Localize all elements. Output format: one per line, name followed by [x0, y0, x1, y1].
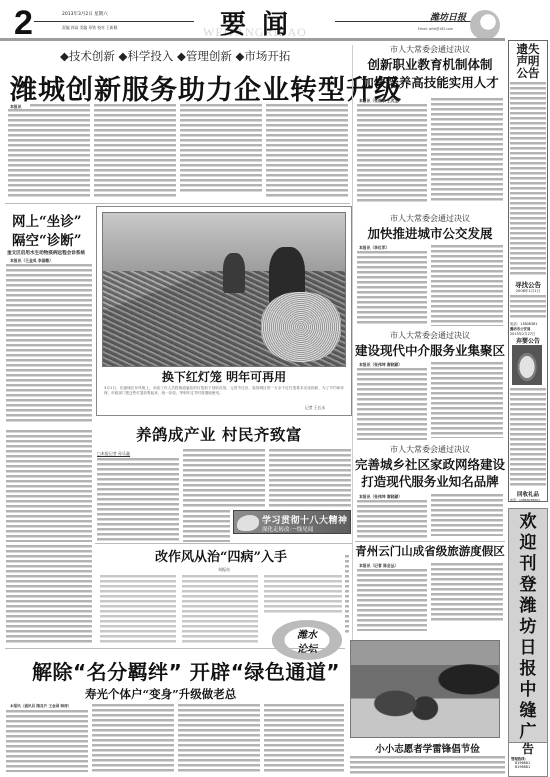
paper-logo-icon	[470, 10, 500, 40]
editors-line: 责编 郭高 美编 邓铁 校对 王新颖	[62, 25, 117, 31]
ad-char-2: 迎	[509, 533, 547, 554]
notice-date: 2008年1月1日	[510, 289, 546, 294]
bottom-text-col4	[264, 704, 344, 772]
ad-char-12: 告	[509, 743, 547, 756]
notice-title: 寻找公告	[510, 280, 546, 289]
notice-text	[510, 295, 546, 320]
issue-date: 2013年3月2日 星期六	[62, 11, 108, 17]
pigeon-text-col1	[97, 458, 179, 543]
rc6-headline: 小小志愿者学雷锋倡节俭	[350, 741, 505, 755]
pigeon-text-col3	[269, 449, 351, 507]
ad-char-4: 登	[509, 575, 547, 596]
lead-headline: 潍城创新服务助力企业转型升级	[10, 68, 402, 107]
ad-char-1: 欢	[509, 512, 547, 533]
lanterns-photo	[102, 212, 346, 367]
style-text-col1	[100, 575, 176, 645]
bottom-text-col2	[92, 704, 174, 772]
sidebar-text-cont	[6, 430, 92, 542]
rc2-kicker: 市人大常委会通过决议	[355, 213, 505, 224]
style-top-rule	[95, 543, 353, 544]
ad-char-11: 广	[509, 722, 547, 743]
lead-text-col3	[180, 104, 262, 194]
rc2-headline: 加快推进城市公交发展	[355, 225, 505, 242]
bottom-top-rule	[5, 648, 345, 649]
masthead-band	[0, 38, 505, 41]
paper-email: Email: wfrb@163.com	[418, 27, 453, 31]
rc5-text-col2	[431, 563, 503, 621]
style-text-col3	[264, 575, 342, 613]
paper-name: 潍坊日报	[430, 10, 466, 23]
ad-char-10: 缝	[509, 701, 547, 722]
bottom-subhead: 寿光个体户“变身”升级做老总	[85, 686, 236, 702]
margin-text	[345, 555, 349, 635]
weishui-forum-badge: 潍水 论坛	[272, 620, 342, 660]
adoption-title: 弃婴公告	[510, 336, 546, 345]
pigeon-headline: 养鸽成产业 村民齐致富	[136, 423, 302, 445]
reward-label: 回收礼品	[510, 490, 546, 498]
bottom-headline: 解除“名分羁绊” 开辟“绿色通道”	[32, 656, 340, 685]
rc4-headline-1: 完善城乡社区家政网络建设	[355, 456, 505, 473]
dove-icon	[237, 515, 259, 531]
bottom-text-col1	[6, 710, 88, 772]
ad-char-6: 坊	[509, 617, 547, 638]
hotline-phone-2: 8196681	[509, 765, 547, 769]
rc1-headline-2: 加快培养高技能实用人才	[355, 74, 505, 91]
section-title: 要闻	[220, 4, 304, 41]
lead-text-col4	[266, 104, 348, 199]
banner-subtitle: 深化走转改·一线见闻	[262, 525, 313, 533]
sidebar-headline-1: 网上“坐诊”	[12, 210, 82, 230]
ad-char-9: 中	[509, 680, 547, 701]
rc5-top-rule	[355, 541, 505, 542]
left-col-text-lower	[6, 545, 92, 645]
rc1-headline-1: 创新职业教育机制体制	[355, 56, 505, 73]
classified-title-3: 公告	[509, 67, 547, 79]
rc3-text-col1	[357, 368, 427, 440]
rc3-kicker: 市人大常委会通过决议	[355, 330, 505, 341]
sidebar-headline-2: 隔空“诊断”	[12, 229, 82, 249]
rc5-text-col1	[357, 569, 427, 631]
adoption-text	[510, 388, 546, 488]
ad-char-7: 日	[509, 638, 547, 659]
rc3-text-col2	[431, 362, 503, 438]
rc1-text-col1	[357, 104, 427, 202]
reward-phone: 电话：13863036501	[510, 498, 546, 502]
style-byline: 刘振东	[218, 567, 230, 573]
rc2-text-col2	[431, 245, 503, 326]
child-photo	[512, 345, 542, 385]
rc5-headline: 青州云门山成省级旅游度假区	[352, 543, 508, 560]
lead-text-col2	[94, 104, 176, 197]
photo-headline: 换下红灯笼 明年可再用	[96, 368, 352, 385]
photo-credit: 记者 王长永	[305, 405, 325, 411]
forum-line1: 潍水	[272, 626, 342, 641]
rc4-text-col1	[357, 500, 427, 538]
bottom-byline: 本报讯（通讯员 隋兆升 王金国 韩涛）	[10, 704, 71, 709]
lead-kicker: ◆技术创新 ◆科学投入 ◆管理创新 ◆市场开拓	[60, 48, 290, 64]
volunteers-photo	[350, 640, 500, 738]
rc6-text	[350, 756, 505, 774]
lead-text-col1	[8, 109, 90, 199]
pigeon-text-col2	[183, 449, 265, 509]
classified-listings	[510, 82, 546, 277]
lead-bottom-rule	[5, 203, 350, 204]
pigeon-text-col2b	[183, 510, 230, 542]
rc1-text-col2	[431, 98, 503, 202]
lead-text-line	[30, 104, 90, 107]
study-banner-ad: 学习贯彻十八大精神 深化走转改·一线见闻	[233, 510, 351, 534]
rc4-text-col2	[431, 494, 503, 536]
style-headline: 改作风从治“四病”入手	[155, 546, 287, 565]
rc3-headline: 建设现代中介服务业集聚区	[355, 342, 505, 359]
ad-char-3: 刊	[509, 554, 547, 575]
sidebar-subhead: 奎文区启用水生动物疫病远程会诊系统	[7, 250, 85, 256]
ad-char-5: 潍	[509, 596, 547, 617]
rc4-kicker: 市人大常委会通过决议	[355, 444, 505, 455]
rc1-kicker: 市人大常委会通过决议	[355, 44, 505, 55]
rc2-text-col1	[357, 251, 427, 326]
rc4-headline-2: 打造现代服务业知名品牌	[355, 473, 505, 490]
ad-invite-banner: 欢 迎 刊 登 潍 坊 日 报 中 缝 广	[508, 508, 548, 743]
bottom-text-col3	[178, 704, 260, 772]
masthead-rule-left	[34, 21, 194, 22]
sidebar-text	[6, 264, 92, 424]
ad-contact-box: 告 管理热线： 8196681 8196681	[508, 743, 548, 777]
ad-char-8: 报	[509, 659, 547, 680]
style-text-col2	[182, 575, 258, 645]
pigeon-byline: □本报记者 孙乐鑫	[97, 451, 130, 457]
